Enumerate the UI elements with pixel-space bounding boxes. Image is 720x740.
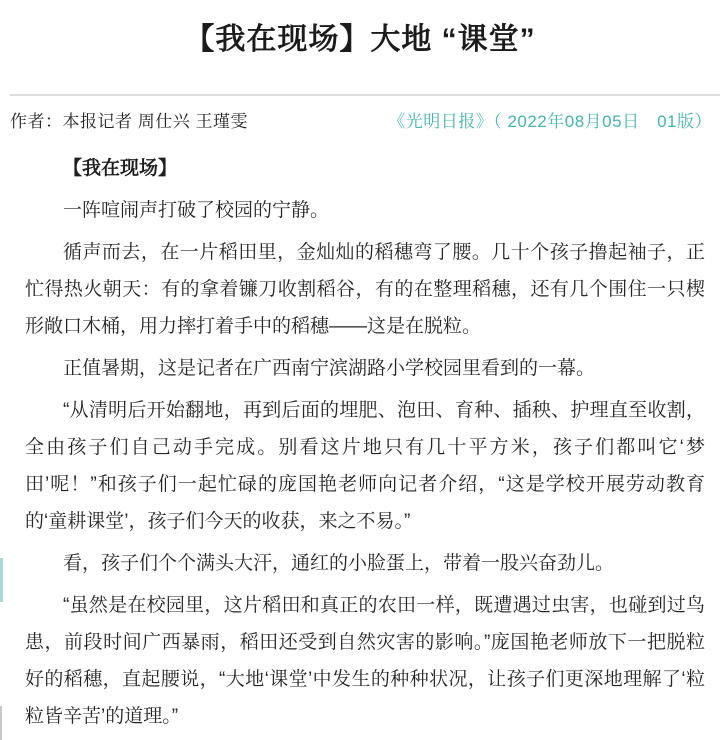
source-publication-date: 《光明日报》（ 2022年08月05日 01版） [388,110,712,134]
article-meta: 作者：本报记者 周仕兴 王瑾雯 《光明日报》（ 2022年08月05日 01版） [0,110,720,134]
article-paragraph: 看，孩子们个个满头大汗，通红的小脸蛋上，带着一股兴奋劲儿。 [25,545,705,582]
article-paragraph: 一阵喧闹声打破了校园的宁静。 [25,192,705,229]
article-paragraph: “虽然是在校园里，这片稻田和真正的农田一样，既遭遇过虫害，也碰到过鸟患，前段时间… [25,587,705,735]
article-paragraph: 循声而去，在一片稻田里，金灿灿的稻穗弯了腰。几十个孩子撸起袖子，正忙得热火朝天：… [25,234,705,345]
article-paragraph: “从清明后开始翻地，再到后面的埋肥、泡田、育种、插秧、护理直至收割，全由孩子们自… [25,392,705,540]
title-divider [10,94,720,96]
article-body: 【我在现场】 一阵喧闹声打破了校园的宁静。 循声而去，在一片稻田里，金灿灿的稻穗… [0,150,720,735]
article-page: 【我在现场】大地 “课堂” 作者：本报记者 周仕兴 王瑾雯 《光明日报》（ 20… [0,0,720,740]
left-edge-gray-fragment [0,706,2,740]
author-line: 作者：本报记者 周仕兴 王瑾雯 [10,110,248,134]
article-paragraph: 正值暑期，这是记者在广西南宁滨湖路小学校园里看到的一幕。 [25,350,705,387]
section-heading: 【我在现场】 [25,150,705,187]
left-edge-teal-fragment [0,558,3,602]
page-title: 【我在现场】大地 “课堂” [0,0,720,58]
